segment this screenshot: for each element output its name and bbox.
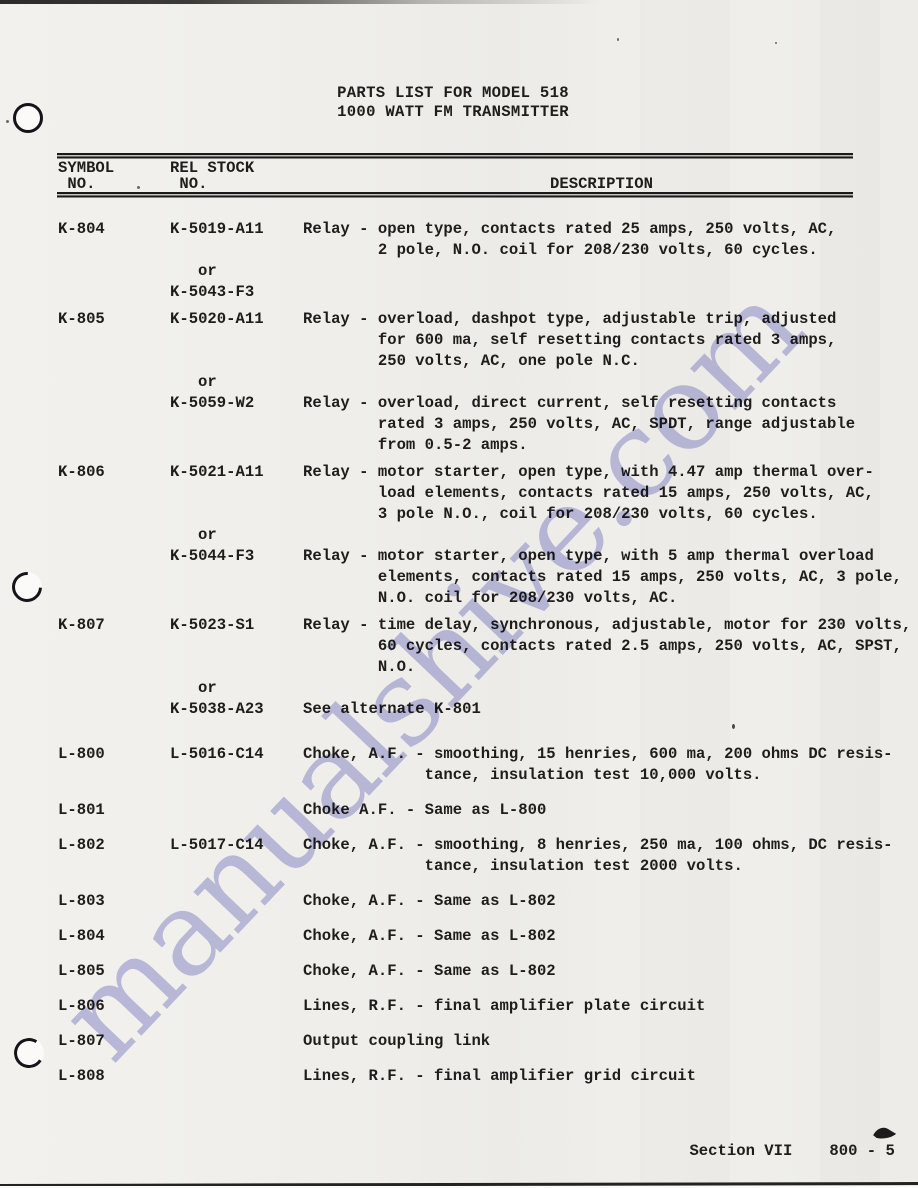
symbol-cell: L-802 [58,835,170,877]
symbol-cell: L-801 [58,800,170,821]
symbol-cell [58,372,170,393]
table-row: L-805Choke, A.F. - Same as L-802 [0,961,918,982]
stock-cell [170,996,303,1017]
description-line: Relay - overload, direct current, self r… [303,393,914,414]
symbol-cell: L-804 [58,926,170,947]
description-line: from 0.5-2 amps. [303,435,914,456]
table-row: K-806K-5021-A11Relay - motor starter, op… [0,462,918,525]
part-group: K-804K-5019-A11Relay - open type, contac… [0,219,918,303]
column-header-stock: REL STOCK NO. [170,161,303,192]
page-number: 800 - 5 [829,1142,895,1160]
description-cell: Lines, R.F. - final amplifier plate circ… [303,996,914,1017]
description-cell: Relay - motor starter, open type, with 5… [303,546,914,609]
part-group: L-800L-5016-C14Choke, A.F. - smoothing, … [0,744,918,786]
or-label: or [170,525,303,546]
or-label: or [170,678,303,699]
or-label: or [170,261,303,282]
description-line: Relay - motor starter, open type, with 5… [303,546,914,567]
part-group: L-801Choke A.F. - Same as L-800 [0,800,918,821]
description-line: 60 cycles, contacts rated 2.5 amps, 250 … [303,636,914,657]
symbol-cell: K-805 [58,309,170,372]
stock-cell: K-5021-A11 [170,462,303,525]
stock-cell [170,800,303,821]
stock-cell: K-5059-W2 [170,393,303,456]
description-cell: Choke, A.F. - smoothing, 8 henries, 250 … [303,835,914,877]
symbol-cell: K-804 [58,219,170,261]
symbol-cell: K-807 [58,615,170,678]
description-line: Output coupling link [303,1031,914,1052]
title-line-2: 1000 WATT FM TRANSMITTER [0,103,906,122]
table-header-rule [57,192,853,198]
table-row: K-5038-A23See alternate K-801 [0,699,918,720]
symbol-cell [58,678,170,699]
description-line: tance, insulation test 10,000 volts. [303,765,914,786]
stock-cell: K-5020-A11 [170,309,303,372]
stock-cell [170,926,303,947]
part-group: L-804Choke, A.F. - Same as L-802 [0,926,918,947]
description-line: Relay - time delay, synchronous, adjusta… [303,615,914,636]
symbol-cell: L-800 [58,744,170,786]
part-group: L-805Choke, A.F. - Same as L-802 [0,961,918,982]
description-cell: Choke, A.F. - smoothing, 15 henries, 600… [303,744,914,786]
table-row: K-5043-F3 [0,282,918,303]
stock-cell: K-5023-S1 [170,615,303,678]
stock-cell [170,1031,303,1052]
ink-blot [871,1125,898,1142]
symbol-cell: L-808 [58,1066,170,1087]
description-cell [303,372,914,393]
stock-cell: L-5017-C14 [170,835,303,877]
part-group: K-806K-5021-A11Relay - motor starter, op… [0,462,918,609]
description-line: N.O. coil for 208/230 volts, AC. [303,588,914,609]
description-line: Lines, R.F. - final amplifier plate circ… [303,996,914,1017]
column-header-symbol: SYMBOL NO. [58,161,170,192]
description-cell [303,678,914,699]
table-row: K-5059-W2Relay - overload, direct curren… [0,393,918,456]
description-line: N.O. [303,657,914,678]
description-line: Choke, A.F. - Same as L-802 [303,926,914,947]
table-row: K-804K-5019-A11Relay - open type, contac… [0,219,918,261]
symbol-cell: K-806 [58,462,170,525]
description-line: Lines, R.F. - final amplifier grid circu… [303,1066,914,1087]
table-row-or: or [0,678,918,699]
symbol-cell [58,699,170,720]
parts-list-body: K-804K-5019-A11Relay - open type, contac… [0,219,918,1087]
symbol-cell [58,282,170,303]
description-cell: Choke A.F. - Same as L-800 [303,800,914,821]
table-row-or: or [0,525,918,546]
description-line: for 600 ma, self resetting contacts rate… [303,330,914,351]
description-line: elements, contacts rated 15 amps, 250 vo… [303,567,914,588]
table-row-or: or [0,372,918,393]
description-line: Choke, A.F. - smoothing, 8 henries, 250 … [303,835,914,856]
symbol-cell: L-807 [58,1031,170,1052]
part-group: L-807Output coupling link [0,1031,918,1052]
stock-cell [170,1066,303,1087]
description-cell: Choke, A.F. - Same as L-802 [303,926,914,947]
table-row: L-806Lines, R.F. - final amplifier plate… [0,996,918,1017]
table-header: SYMBOL NO. REL STOCK NO. DESCRIPTION [0,161,918,192]
stock-cell: K-5044-F3 [170,546,303,609]
description-line: load elements, contacts rated 15 amps, 2… [303,483,914,504]
table-row: L-804Choke, A.F. - Same as L-802 [0,926,918,947]
stock-cell: L-5016-C14 [170,744,303,786]
symbol-cell [58,546,170,609]
stock-cell [170,891,303,912]
description-line: Choke A.F. - Same as L-800 [303,800,914,821]
description-line: Choke, A.F. - Same as L-802 [303,961,914,982]
description-cell: Choke, A.F. - Same as L-802 [303,891,914,912]
description-cell: Relay - open type, contacts rated 25 amp… [303,219,914,261]
or-label: or [170,372,303,393]
page-footer: Section VII800 - 5 [652,1123,895,1180]
table-row: L-801Choke A.F. - Same as L-800 [0,800,918,821]
description-line: See alternate K-801 [303,699,914,720]
description-cell: Relay - overload, direct current, self r… [303,393,914,456]
part-group: L-808Lines, R.F. - final amplifier grid … [0,1066,918,1087]
description-cell [303,261,914,282]
description-cell: Lines, R.F. - final amplifier grid circu… [303,1066,914,1087]
symbol-cell [58,525,170,546]
symbol-cell: L-806 [58,996,170,1017]
part-group: L-802L-5017-C14Choke, A.F. - smoothing, … [0,835,918,877]
description-line: Relay - open type, contacts rated 25 amp… [303,219,914,240]
title-line-1: PARTS LIST FOR MODEL 518 [0,84,906,103]
description-cell: Relay - motor starter, open type, with 4… [303,462,914,525]
description-cell: Relay - time delay, synchronous, adjusta… [303,615,914,678]
table-row: L-803Choke, A.F. - Same as L-802 [0,891,918,912]
symbol-cell: L-805 [58,961,170,982]
part-group: K-805K-5020-A11Relay - overload, dashpot… [0,309,918,456]
description-cell: Output coupling link [303,1031,914,1052]
stock-cell [170,961,303,982]
description-line: Choke, A.F. - Same as L-802 [303,891,914,912]
part-group: L-806Lines, R.F. - final amplifier plate… [0,996,918,1017]
description-line: 250 volts, AC, one pole N.C. [303,351,914,372]
description-line: Relay - motor starter, open type, with 4… [303,462,914,483]
table-row: L-802L-5017-C14Choke, A.F. - smoothing, … [0,835,918,877]
symbol-cell [58,393,170,456]
description-line: rated 3 amps, 250 volts, AC, SPDT, range… [303,414,914,435]
table-row-or: or [0,261,918,282]
page-title: PARTS LIST FOR MODEL 518 1000 WATT FM TR… [0,84,906,122]
table-row: K-805K-5020-A11Relay - overload, dashpot… [0,309,918,372]
table-row: L-807Output coupling link [0,1031,918,1052]
description-line: 3 pole N.O., coil for 208/230 volts, 60 … [303,504,914,525]
section-label: Section VII [689,1142,792,1160]
ink-speck [775,42,777,44]
table-row: K-5044-F3Relay - motor starter, open typ… [0,546,918,609]
description-cell: Relay - overload, dashpot type, adjustab… [303,309,914,372]
description-line: Relay - overload, dashpot type, adjustab… [303,309,914,330]
symbol-cell: L-803 [58,891,170,912]
column-header-description: DESCRIPTION [303,161,918,192]
description-line: Choke, A.F. - smoothing, 15 henries, 600… [303,744,914,765]
stock-cell: K-5019-A11 [170,219,303,261]
stock-cell: K-5038-A23 [170,699,303,720]
top-edge-artifact [0,0,680,4]
table-row: L-808Lines, R.F. - final amplifier grid … [0,1066,918,1087]
table-row: K-807K-5023-S1Relay - time delay, synchr… [0,615,918,678]
symbol-cell [58,261,170,282]
ink-speck [617,38,619,41]
part-group: L-803Choke, A.F. - Same as L-802 [0,891,918,912]
description-cell: Choke, A.F. - Same as L-802 [303,961,914,982]
document-page: PARTS LIST FOR MODEL 518 1000 WATT FM TR… [0,0,918,1188]
description-cell: See alternate K-801 [303,699,914,720]
description-cell [303,282,914,303]
description-line: 2 pole, N.O. coil for 208/230 volts, 60 … [303,240,914,261]
stock-cell: K-5043-F3 [170,282,303,303]
description-cell [303,525,914,546]
part-group: K-807K-5023-S1Relay - time delay, synchr… [0,615,918,720]
description-line: tance, insulation test 2000 volts. [303,856,914,877]
table-row: L-800L-5016-C14Choke, A.F. - smoothing, … [0,744,918,786]
